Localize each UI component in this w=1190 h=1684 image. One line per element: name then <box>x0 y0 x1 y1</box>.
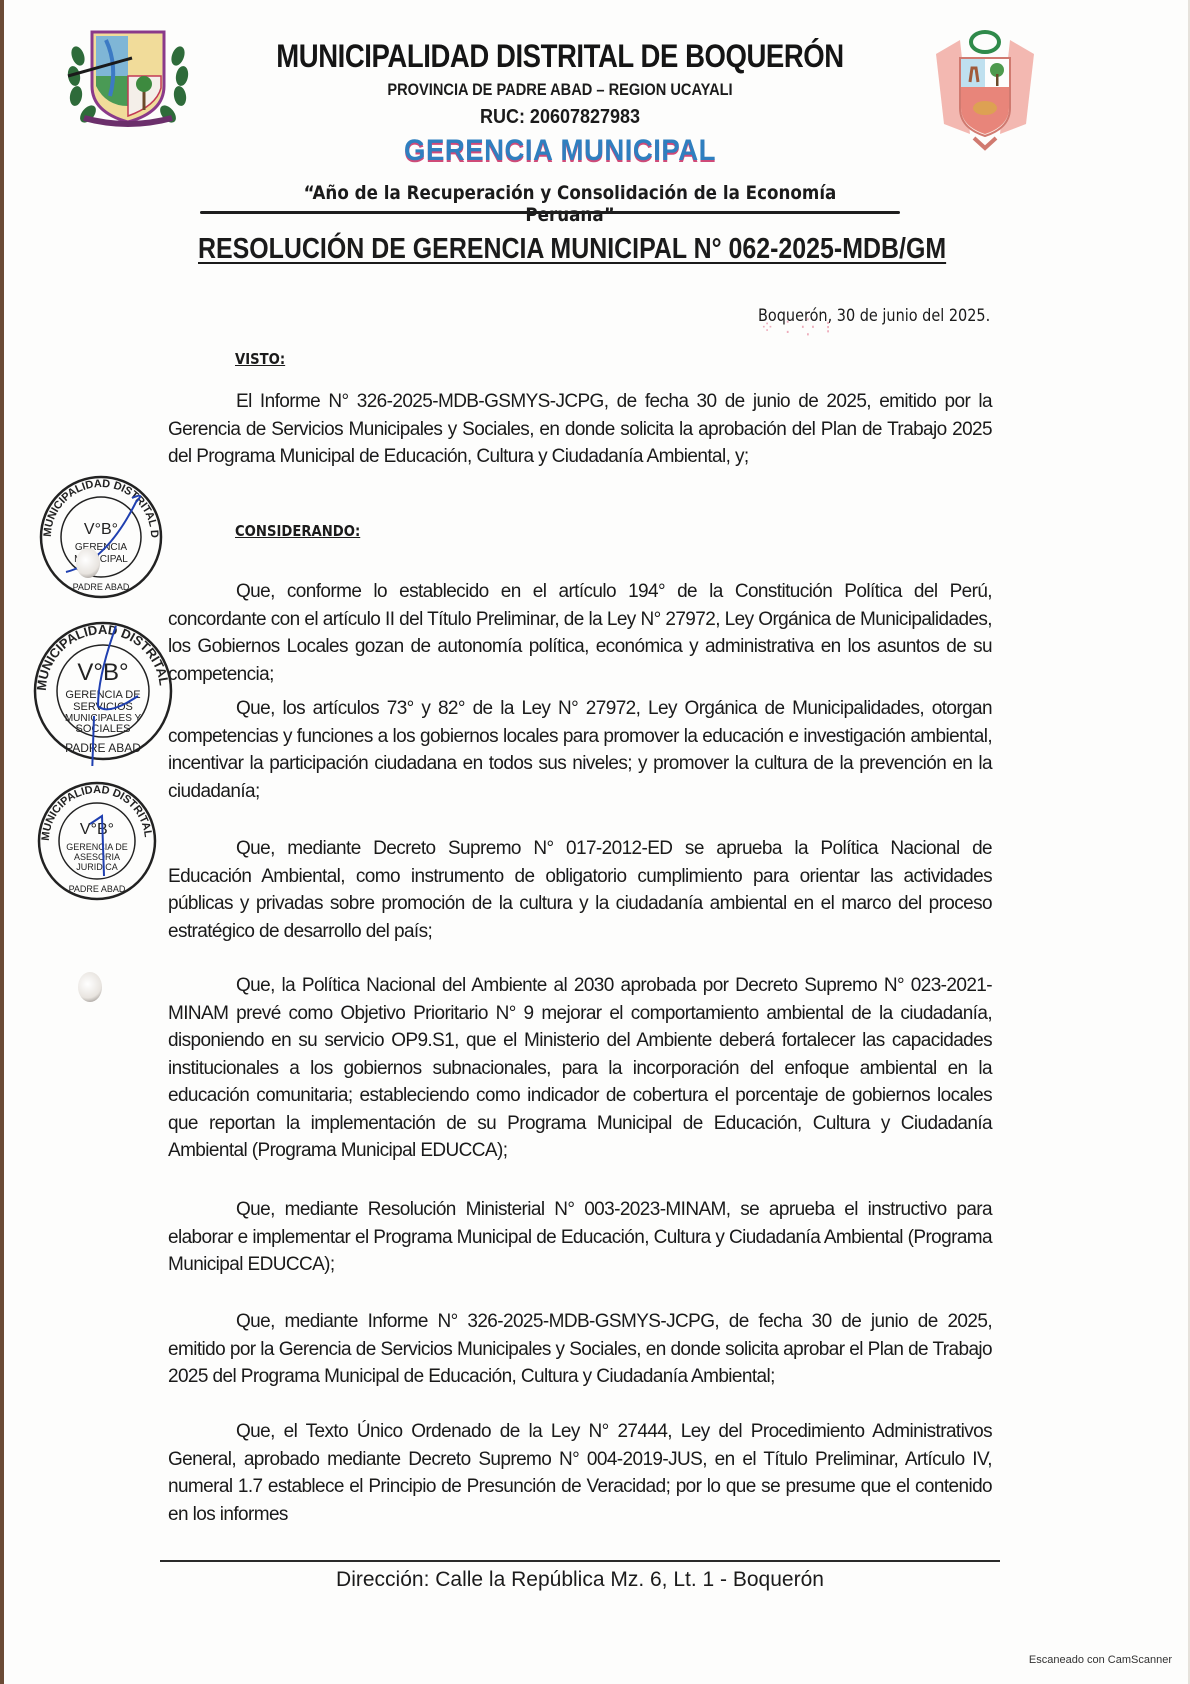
scanner-watermark: Escaneado con CamScanner <box>1029 1654 1172 1666</box>
svg-text:PADRE ABAD: PADRE ABAD <box>69 884 126 894</box>
svg-text:V°B°: V°B° <box>80 821 114 838</box>
visto-paragraph: El Informe N° 326-2025-MDB-GSMYS-JCPG, d… <box>168 388 992 471</box>
paragraph-text: Que, conforme lo establecido en el artíc… <box>168 581 992 685</box>
peru-coat-of-arms-icon <box>930 24 1040 152</box>
considerando-paragraph: Que, mediante Decreto Supremo N° 017-201… <box>168 835 992 945</box>
paragraph-text: Que, mediante Resolución Ministerial N° … <box>168 1199 992 1275</box>
considerando-paragraph: Que, conforme lo establecido en el artíc… <box>168 578 992 688</box>
paragraph-text: Que, mediante Decreto Supremo N° 017-201… <box>168 838 992 942</box>
footer-address: Dirección: Calle la República Mz. 6, Lt.… <box>160 1568 1000 1592</box>
header-divider <box>200 211 900 214</box>
punch-hole <box>78 972 102 1002</box>
footer-divider <box>160 1560 1000 1562</box>
approval-stamp-servicios-municipales: MUNICIPALIDAD DISTRITAL DE BOQUERÓN V°B°… <box>28 616 178 771</box>
paragraph-text: Que, la Política Nacional del Ambiente a… <box>168 975 992 1161</box>
svg-text:PADRE ABAD: PADRE ABAD <box>73 582 130 592</box>
approval-stamp-asesoria-juridica: MUNICIPALIDAD DISTRITAL DE BOQUERÓN V°B°… <box>32 776 162 911</box>
considerando-paragraph: Que, los artículos 73° y 82° de la Ley N… <box>168 695 992 805</box>
resolution-title: RESOLUCIÓN DE GERENCIA MUNICIPAL N° 062-… <box>198 233 843 266</box>
visto-heading: VISTO: <box>235 350 285 368</box>
office-name: GERENCIA MUNICIPAL <box>238 134 882 168</box>
svg-text:V°B°: V°B° <box>84 521 118 538</box>
received-stamp-mark: ⁘ ⁚ ⁛ ⁝ <box>760 318 834 338</box>
svg-text:JURIDICA: JURIDICA <box>76 862 118 872</box>
page-edge <box>0 0 4 1684</box>
svg-text:SERVICIOS: SERVICIOS <box>73 701 133 713</box>
svg-text:GERENCIA DE: GERENCIA DE <box>66 842 128 852</box>
approval-stamp-gerencia-municipal: MUNICIPALIDAD DISTRITAL DE BOQUERÓN V°B°… <box>36 472 166 607</box>
visto-text: El Informe N° 326-2025-MDB-GSMYS-JCPG, d… <box>168 391 992 467</box>
considerando-paragraph: Que, mediante Informe N° 326-2025-MDB-GS… <box>168 1308 992 1391</box>
paragraph-text: Que, el Texto Único Ordenado de la Ley N… <box>168 1421 992 1525</box>
institution-name: MUNICIPALIDAD DISTRITAL DE BOQUERÓN <box>259 38 861 75</box>
ruc-number: RUC: 20607827983 <box>245 106 875 129</box>
paragraph-text: Que, los artículos 73° y 82° de la Ley N… <box>168 698 992 802</box>
considerando-paragraph: Que, la Política Nacional del Ambiente a… <box>168 972 992 1165</box>
svg-text:PADRE ABAD: PADRE ABAD <box>65 741 141 755</box>
municipal-coat-of-arms-icon <box>66 26 190 138</box>
considerando-heading: CONSIDERANDO: <box>235 522 360 540</box>
considerando-paragraph: Que, el Texto Único Ordenado de la Ley N… <box>168 1418 992 1528</box>
year-motto: “Año de la Recuperación y Consolidación … <box>271 182 869 226</box>
paragraph-text: Que, mediante Informe N° 326-2025-MDB-GS… <box>168 1311 992 1387</box>
svg-text:SOCIALES: SOCIALES <box>75 723 130 735</box>
svg-text:ASESORIA: ASESORIA <box>74 852 120 862</box>
province-line: PROVINCIA DE PADRE ABAD – REGION UCAYALI <box>259 80 861 100</box>
considerando-paragraph: Que, mediante Resolución Ministerial N° … <box>168 1196 992 1279</box>
svg-text:GERENCIA DE: GERENCIA DE <box>65 689 140 701</box>
punch-hole <box>76 548 100 578</box>
